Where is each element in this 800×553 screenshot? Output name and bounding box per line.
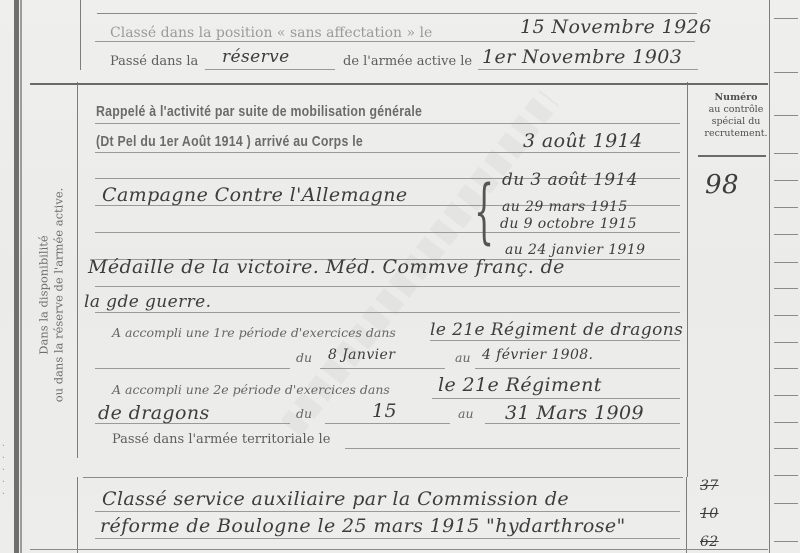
ruled-line <box>95 538 680 539</box>
margin-tick <box>774 448 798 449</box>
left-column-border <box>77 82 78 458</box>
campaign-period: du 9 octobre 1915 <box>500 216 637 232</box>
margin-tick <box>774 72 798 73</box>
margin-tick <box>774 368 798 369</box>
margin-tick <box>774 180 798 181</box>
auxiliary-line2: réforme de Boulogne le 25 mars 1915 "hyd… <box>100 515 626 537</box>
first-period-from: 8 Janvier <box>328 347 395 363</box>
first-period-label: A accompli une 1re période d'exercices d… <box>112 325 396 340</box>
field-underline <box>475 368 680 369</box>
first-period-du: du <box>296 350 312 365</box>
margin-tick <box>774 422 798 423</box>
mobilisation-label: Rappelé à l'activité par suite de mobili… <box>96 103 422 120</box>
margin-tick <box>774 541 798 542</box>
margin-tick <box>774 288 798 289</box>
margin-tick <box>774 18 798 19</box>
medals-line2: la gde guerre. <box>84 292 211 312</box>
field-underline <box>95 41 695 42</box>
margin-tick <box>774 342 798 343</box>
record-page: ····· Classé dans la position « sans aff… <box>0 0 800 553</box>
campaign-brace: { <box>474 176 494 246</box>
margin-tick <box>774 234 798 235</box>
margin-tick <box>774 475 798 476</box>
top-rule <box>97 13 697 14</box>
side-label-line2: ou dans la réserve de l'armée active. <box>51 188 66 403</box>
reserve-date: 1er Novembre 1903 <box>482 46 682 68</box>
edge-marks: ····· <box>1 440 9 500</box>
reserve-label-before: Passé dans la <box>110 54 198 69</box>
field-underline <box>430 340 680 341</box>
recruitment-number: 98 <box>705 170 739 200</box>
bottom-rule <box>30 549 768 550</box>
medals-line1: Médaille de la victoire. Méd. Commve fra… <box>88 256 565 278</box>
right-margin-border <box>769 0 770 553</box>
reserve-value: réserve <box>222 47 290 67</box>
number-header-rule <box>698 155 766 157</box>
side-label-line1: Dans la disponibilité <box>36 188 51 403</box>
field-underline <box>320 368 445 369</box>
header-line: Numéro <box>700 92 772 104</box>
number-column-header: Numéro au contrôle spécial du recrutemen… <box>700 92 772 140</box>
auxiliary-line1: Classé service auxiliaire par la Commiss… <box>102 488 569 510</box>
field-underline <box>325 423 450 424</box>
field-underline <box>95 368 290 369</box>
sans-affectation-date: 15 Novembre 1926 <box>520 16 712 38</box>
ruled-line <box>95 232 680 233</box>
ruled-line <box>95 511 680 512</box>
left-column-border <box>77 477 78 553</box>
second-period-to: 31 Mars 1909 <box>505 402 644 424</box>
first-period-unit: le 21e Régiment de dragons <box>430 320 683 340</box>
margin-tick <box>774 503 798 504</box>
margin-tick <box>774 153 798 154</box>
campaign-period: du 3 août 1914 <box>502 170 638 190</box>
campaign-period: au 29 mars 1915 <box>502 199 628 215</box>
arrival-date: 3 août 1914 <box>523 130 643 152</box>
field-underline <box>478 69 698 70</box>
header-line: au contrôle <box>700 104 772 116</box>
header-line: recrutement. <box>700 128 772 140</box>
section-divider <box>30 83 768 85</box>
margin-tick <box>774 262 798 263</box>
side-label: Dans la disponibilité ou dans la réserve… <box>30 150 72 440</box>
ruled-line <box>95 286 680 287</box>
margin-tick <box>774 395 798 396</box>
arrival-label: (Dt Pel du 1er Août 1914 ) arrivé au Cor… <box>96 133 363 150</box>
margin-tick <box>774 115 798 116</box>
second-period-unit-l2: de dragons <box>98 402 210 424</box>
field-underline <box>95 152 680 153</box>
margin-tick <box>774 315 798 316</box>
number-column-border <box>687 82 688 477</box>
margin-number: 10 <box>700 506 719 522</box>
reserve-label-after: de l'armée active le <box>343 54 472 69</box>
second-period-du: du <box>296 406 312 421</box>
section-divider <box>83 477 683 478</box>
margin-number: 62 <box>700 534 719 550</box>
binding-strip <box>14 0 19 553</box>
second-period-unit-l1: le 21e Régiment <box>438 374 602 396</box>
number-column-border <box>686 477 687 553</box>
header-line: spécial du <box>700 116 772 128</box>
second-period-label: A accompli une 2e période d'exercices da… <box>112 382 390 397</box>
field-underline <box>205 69 335 70</box>
binding-strip-edge <box>20 0 22 553</box>
first-period-to: 4 février 1908. <box>482 347 593 363</box>
second-period-from: 15 <box>372 400 397 422</box>
campaign-name: Campagne Contre l'Allemagne <box>102 184 407 206</box>
territorial-label: Passé dans l'armée territoriale le <box>112 432 330 447</box>
second-period-au: au <box>458 406 474 421</box>
margin-number: 37 <box>700 478 719 494</box>
sans-affectation-label: Classé dans la position « sans affectati… <box>110 25 432 41</box>
field-underline <box>432 398 680 399</box>
ruled-line <box>95 312 680 313</box>
left-column-border <box>80 0 81 70</box>
first-period-au: au <box>455 350 471 365</box>
margin-tick <box>774 207 798 208</box>
field-underline <box>95 123 680 124</box>
field-underline <box>345 448 680 449</box>
